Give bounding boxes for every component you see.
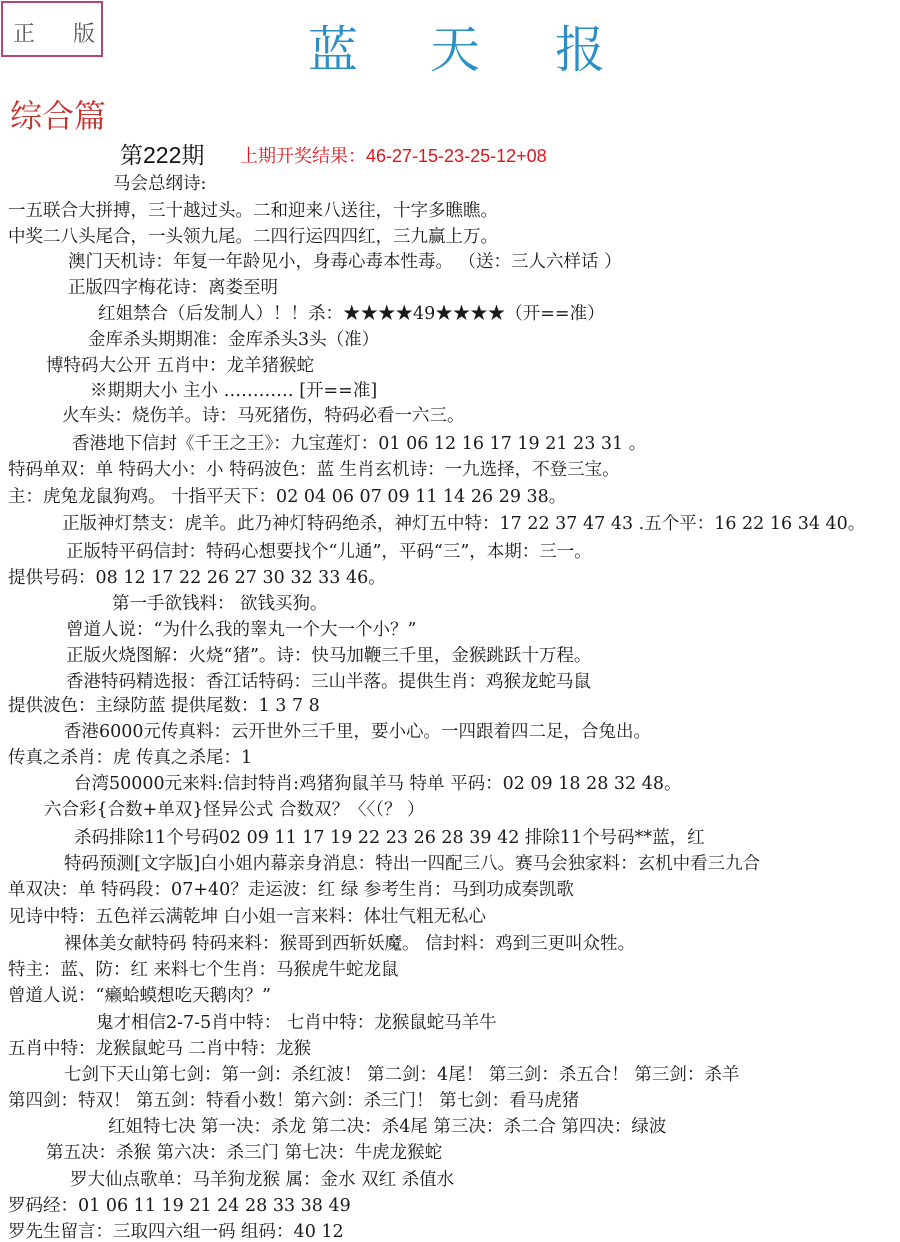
text-line: 台湾50000元来料:信封特肖:鸡猪狗鼠羊马 特单 平码：02 09 18 28… — [74, 772, 682, 796]
text-line: 鬼才相信2-7-5肖中特： 七肖中特：龙猴鼠蛇马羊牛 — [96, 1011, 497, 1035]
text-line: 香港地下信封《千王之王》：九宝莲灯：01 06 12 16 17 19 21 2… — [72, 432, 646, 456]
text-line: 正版神灯禁支：虎羊。此乃神灯特码绝杀，神灯五中特：17 22 37 47 43 … — [62, 512, 865, 536]
text-line: ※期期大小 主小 ………… [开==准] — [90, 379, 377, 403]
section-title: 综合篇 — [10, 96, 106, 136]
issue-number: 第222期 — [120, 140, 204, 170]
text-line: 罗先生留言：三取四六组一码 组码：40 12 — [8, 1220, 344, 1242]
last-draw-result: 上期开奖结果：46-27-15-23-25-12+08 — [240, 143, 547, 169]
text-line: 单双决：单 特码段：07+40？走运波：红 绿 参考生肖：马到功成奏凯歌 — [8, 878, 574, 902]
text-line: 五肖中特：龙猴鼠蛇马 二肖中特：龙猴 — [8, 1037, 311, 1061]
text-line: 第一手欲钱料： 欲钱买狗。 — [112, 592, 328, 616]
text-line: 特码单双：单 特码大小：小 特码波色：蓝 生肖玄机诗：一九选择，不登三宝。 — [8, 458, 620, 482]
text-line: 罗码经：01 06 11 19 21 24 28 33 38 49 — [8, 1194, 351, 1218]
text-line: 澳门天机诗：年复一年龄见小，身毒心毒本性毒。 （送：三人六样话 ） — [68, 250, 622, 274]
text-line: 裸体美女献特码 特码来料：猴哥到西斩妖魔。 信封料：鸡到三更叫众牲。 — [64, 932, 635, 956]
text-line: 曾道人说：“癞蛤蟆想吃天鹅肉？” — [8, 984, 271, 1008]
badge-char-2: 版 — [73, 17, 95, 48]
masthead-char-2: 天 — [430, 20, 480, 80]
text-line: 红姐禁合（后发制人）！！杀：★★★★49★★★★（开==准） — [98, 302, 605, 326]
text-line: 第五决：杀猴 第六决：杀三门 第七决：牛虎龙猴蛇 — [46, 1141, 442, 1165]
last-result-numbers: 46-27-15-23-25-12+08 — [366, 146, 547, 166]
text-line: 中奖二八头尾合，一头领九尾。二四行运四四红，三九赢上万。 — [8, 225, 498, 249]
text-line: 火车头：烧伤羊。诗：马死猪伤，特码必看一六三。 — [62, 404, 465, 428]
text-line: 香港特码精选报：香江话特码：三山半落。提供生肖：鸡猴龙蛇马鼠 — [66, 670, 591, 694]
text-line: 主：虎兔龙鼠狗鸡。 十指平天下：02 04 06 07 09 11 14 26 … — [8, 485, 566, 509]
text-line: 见诗中特：五色祥云满乾坤 白小姐一言来料：体壮气粗无私心 — [8, 905, 486, 929]
badge-char-1: 正 — [13, 17, 35, 48]
text-line: 金库杀头期期准：金库杀头3头（准） — [88, 328, 379, 352]
text-line: 博特码大公开 五肖中：龙羊猪猴蛇 — [46, 354, 314, 378]
text-line: 特主：蓝、防：红 来料七个生肖：马猴虎牛蛇龙鼠 — [8, 958, 399, 982]
text-line: 传真之杀肖：虎 传真之杀尾：1 — [8, 746, 252, 770]
text-line: 红姐特七决 第一决：杀龙 第二决：杀4尾 第三决：杀二合 第四决：绿波 — [108, 1115, 666, 1139]
masthead-char-3: 报 — [555, 20, 605, 80]
text-line: 六合彩{合数+单双}怪异公式 合数双？〈〈（？ ） — [44, 798, 425, 822]
text-line: 香港6000元传真料：云开世外三千里，要小心。一四跟着四二足，合兔出。 — [64, 720, 651, 744]
text-line: 特码预测[文字版]白小姐内幕亲身消息：特出一四配三八。赛马会独家料：玄机中看三九… — [64, 852, 760, 876]
text-line: 正版四字梅花诗：离娄至明 — [68, 276, 278, 300]
text-line: 提供波色：主绿防蓝 提供尾数：1 3 7 8 — [8, 694, 320, 718]
masthead-title: 蓝 天 报 — [300, 20, 620, 80]
text-line: 提供号码：08 12 17 22 26 27 30 32 33 46。 — [8, 566, 386, 590]
authentic-badge: 正 版 — [1, 1, 103, 57]
text-line: 七剑下天山第七剑：第一剑：杀红波！ 第二剑：4尾！ 第三剑：杀五合！ 第三剑：杀… — [64, 1063, 739, 1087]
last-result-label: 上期开奖结果： — [240, 146, 366, 166]
text-line: 第四剑：特双！ 第五剑：特看小数！第六剑：杀三门！ 第七剑：看马虎猪 — [8, 1089, 579, 1113]
text-line: 正版特平码信封：特码心想要找个“儿通”，平码“三”，本期：三一。 — [66, 540, 592, 564]
text-line: 正版火烧图解：火烧“猪”。诗：快马加鞭三千里，金猴跳跃十万程。 — [66, 644, 591, 668]
text-line: 曾道人说：“为什么我的睾丸一个大一个小？” — [66, 618, 416, 642]
text-line: 罗大仙点歌单：马羊狗龙猴 属：金水 双红 杀值水 — [70, 1168, 454, 1192]
text-line: 一五联合大拼搏，三十越过头。二和迎来八送往，十字多瞧瞧。 — [8, 199, 498, 223]
text-line: 马会总纲诗: — [113, 172, 206, 196]
text-line: 杀码排除11个号码02 09 11 17 19 22 23 26 28 39 4… — [74, 826, 705, 850]
masthead-char-1: 蓝 — [308, 20, 358, 80]
